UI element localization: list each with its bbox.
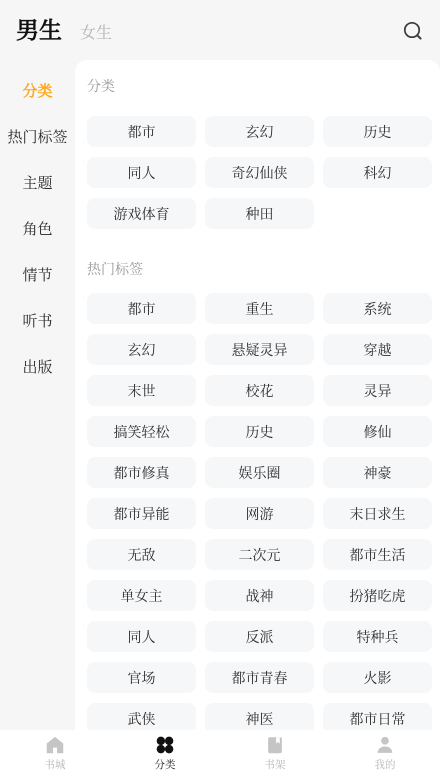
sidebar-item-label: 角色 xyxy=(22,218,52,239)
category-sidebar: 分类 热门标签 主题 角色 情节 听书 出版 xyxy=(0,60,75,775)
nav-item-bookstore[interactable]: 书城 xyxy=(0,730,110,775)
nav-label: 书城 xyxy=(45,757,66,772)
tag-button[interactable]: 战神 xyxy=(205,580,314,611)
tag-button[interactable]: 都市 xyxy=(87,293,196,324)
gender-tab-male[interactable]: 男生 xyxy=(16,0,62,60)
section-title-categories: 分类 xyxy=(87,76,432,96)
sidebar-item-label: 主题 xyxy=(22,172,52,193)
tag-button[interactable]: 历史 xyxy=(323,116,432,147)
user-icon xyxy=(374,734,396,756)
section-title-hot-tags: 热门标签 xyxy=(87,259,432,279)
home-icon xyxy=(44,734,66,756)
tag-button[interactable]: 都市青春 xyxy=(205,662,314,693)
category-grid-icon xyxy=(154,734,176,756)
tag-button[interactable]: 二次元 xyxy=(205,539,314,570)
gender-tab-female[interactable]: 女生 xyxy=(80,20,112,43)
content-panel: 分类 都市 玄幻 历史 同人 奇幻仙侠 科幻 游戏体育 种田 热门标签 xyxy=(75,60,440,775)
nav-item-bookshelf[interactable]: 书架 xyxy=(220,730,330,775)
nav-label: 分类 xyxy=(155,757,176,772)
tag-button[interactable]: 都市修真 xyxy=(87,457,196,488)
tag-button[interactable]: 灵异 xyxy=(323,375,432,406)
sidebar-item[interactable]: 热门标签 xyxy=(0,113,75,159)
bottom-navigation: 书城 分类 书架 我的 xyxy=(0,730,440,775)
tag-button[interactable]: 同人 xyxy=(87,157,196,188)
tag-button[interactable]: 系统 xyxy=(323,293,432,324)
tag-button[interactable]: 火影 xyxy=(323,662,432,693)
tag-button[interactable]: 校花 xyxy=(205,375,314,406)
sidebar-item-label: 听书 xyxy=(22,310,52,331)
main-area: 分类 热门标签 主题 角色 情节 听书 出版 xyxy=(0,60,440,775)
tag-button[interactable]: 同人 xyxy=(87,621,196,652)
tag-button[interactable]: 特种兵 xyxy=(323,621,432,652)
tag-button[interactable]: 无敌 xyxy=(87,539,196,570)
tag-button[interactable]: 穿越 xyxy=(323,334,432,365)
search-button[interactable] xyxy=(400,18,426,44)
sidebar-item[interactable]: 情节 xyxy=(0,251,75,297)
tag-button[interactable]: 官场 xyxy=(87,662,196,693)
tag-button[interactable]: 修仙 xyxy=(323,416,432,447)
tag-button[interactable]: 单女主 xyxy=(87,580,196,611)
sidebar-item-label: 出版 xyxy=(22,356,52,377)
tag-button[interactable]: 种田 xyxy=(205,198,314,229)
tag-button[interactable]: 扮猪吃虎 xyxy=(323,580,432,611)
nav-item-mine[interactable]: 我的 xyxy=(330,730,440,775)
tag-button[interactable]: 科幻 xyxy=(323,157,432,188)
sidebar-item[interactable]: 主题 xyxy=(0,159,75,205)
tag-button[interactable]: 末世 xyxy=(87,375,196,406)
tag-button[interactable]: 神豪 xyxy=(323,457,432,488)
sidebar-item[interactable]: 出版 xyxy=(0,343,75,389)
tag-button[interactable]: 玄幻 xyxy=(205,116,314,147)
tag-button[interactable]: 游戏体育 xyxy=(87,198,196,229)
tag-button[interactable]: 都市生活 xyxy=(323,539,432,570)
category-tag-grid: 都市 玄幻 历史 同人 奇幻仙侠 科幻 游戏体育 种田 xyxy=(87,116,432,229)
top-header: 男生 女生 xyxy=(0,0,440,60)
sidebar-item[interactable]: 角色 xyxy=(0,205,75,251)
tag-button[interactable]: 都市 xyxy=(87,116,196,147)
tag-button[interactable]: 历史 xyxy=(205,416,314,447)
sidebar-item[interactable]: 分类 xyxy=(0,67,75,113)
hot-tag-grid: 都市 重生 系统 玄幻 悬疑灵异 穿越 末世 校花 灵异 搞笑轻松 历史 xyxy=(87,293,432,775)
tag-button[interactable]: 都市异能 xyxy=(87,498,196,529)
magnifier-icon xyxy=(401,19,425,43)
tag-button[interactable]: 玄幻 xyxy=(87,334,196,365)
tag-button[interactable]: 悬疑灵异 xyxy=(205,334,314,365)
nav-label: 书架 xyxy=(265,757,286,772)
tag-button[interactable]: 搞笑轻松 xyxy=(87,416,196,447)
nav-item-category[interactable]: 分类 xyxy=(110,730,220,775)
tag-button[interactable]: 重生 xyxy=(205,293,314,324)
sidebar-item-label: 热门标签 xyxy=(7,126,67,147)
sidebar-item-label: 分类 xyxy=(22,80,52,101)
tag-button[interactable]: 末日求生 xyxy=(323,498,432,529)
tag-button[interactable]: 娱乐圈 xyxy=(205,457,314,488)
sidebar-item[interactable]: 听书 xyxy=(0,297,75,343)
bookshelf-icon xyxy=(264,734,286,756)
nav-label: 我的 xyxy=(375,757,396,772)
tag-button[interactable]: 网游 xyxy=(205,498,314,529)
tag-button[interactable]: 奇幻仙侠 xyxy=(205,157,314,188)
tag-button[interactable]: 反派 xyxy=(205,621,314,652)
sidebar-item-label: 情节 xyxy=(22,264,52,285)
